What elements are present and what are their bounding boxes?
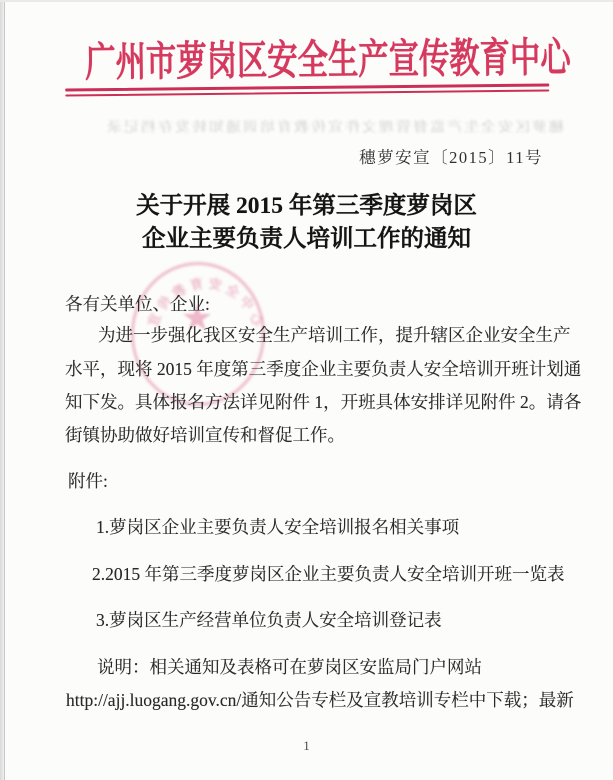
body-paragraph-line4: 街镇协助做好培训宣传和督促工作。 [65, 422, 345, 447]
note-line2-url: http://ajj.luogang.gov.cn/通知公告专栏及宣教培训专栏中… [66, 687, 574, 712]
seal-ring-char: 全 [223, 279, 244, 302]
body-paragraph-line2: 水平，现将 2015 年度第三季度企业主要负责人安全培训开班计划通 [65, 356, 546, 381]
scan-top-shadow [0, 0, 613, 2]
letterhead: 广州市萝岗区安全生产宣传教育中心 [0, 35, 613, 97]
page-number: 1 [0, 738, 613, 754]
attachments-label: 附件: [68, 468, 108, 493]
salutation: 各有关单位、企业: [65, 291, 210, 316]
scan-edge-shadow [0, 0, 5, 780]
note-line1: 说明：相关通知及表格可在萝岗区安监局门户网站 [97, 654, 482, 679]
seal-ring-char: 中 [236, 291, 259, 313]
attachment-item-3: 3.萝岗区生产经营单位负责人安全培训登记表 [96, 607, 442, 632]
body-paragraph-line3: 知下发。具体报名方法详见附件 1，开班具体安排详见附件 2。请各 [65, 389, 546, 414]
scanned-notice-page: 广州市萝岗区安全生产宣传教育中心 穗萝区安全生产监督管理文件宣传教育培训通知转发… [0, 0, 613, 780]
attachment-item-1: 1.萝岗区企业主要负责人安全培训报名相关事项 [96, 514, 459, 539]
document-title-line1: 关于开展 2015 年第三季度萝岗区 [0, 190, 613, 223]
ghost-bleedthrough-text: 穗萝区安全生产监督管理文件宣传教育培训通知转发存档记录 [96, 117, 564, 134]
body-paragraph-line1: 为进一步强化我区安全生产培训工作，提升辖区企业安全生产 [98, 322, 545, 347]
attachment-item-2: 2.2015 年第三季度萝岗区企业主要负责人安全培训开班一览表 [92, 561, 565, 586]
org-name-red-header: 广州市萝岗区安全生产宣传教育中心 [85, 35, 571, 85]
document-number: 穗萝安宣〔2015〕11号 [0, 144, 543, 168]
document-title-line2: 企业主要负责人培训工作的通知 [0, 223, 613, 256]
document-title: 关于开展 2015 年第三季度萝岗区 企业主要负责人培训工作的通知 [0, 190, 613, 256]
